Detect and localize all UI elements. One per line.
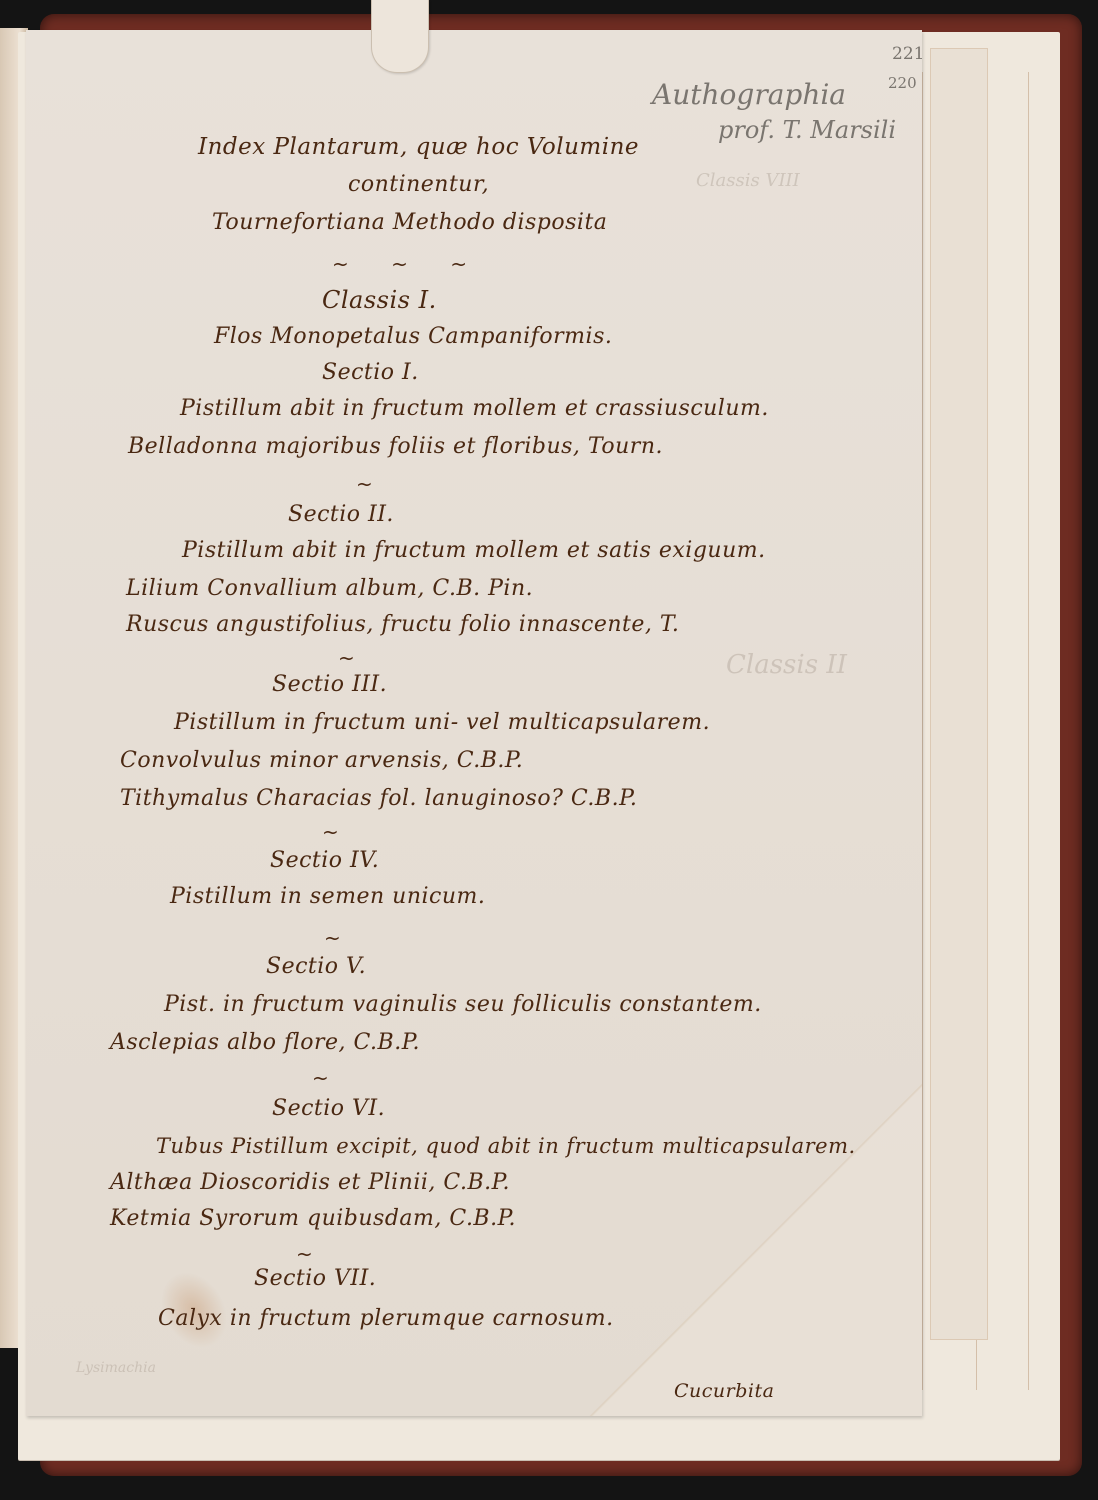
catchword: Cucurbita bbox=[674, 1380, 774, 1402]
section-divider: ~ bbox=[312, 1066, 329, 1090]
section-description: Pistillum in semen unicum. bbox=[170, 884, 485, 909]
plant-entry: Ketmia Syrorum quibusdam, C.B.P. bbox=[110, 1206, 516, 1231]
section-divider: ~ bbox=[322, 820, 339, 844]
mounted-sheet-edge bbox=[930, 48, 988, 1340]
section-divider: ~ bbox=[296, 1242, 313, 1266]
section-description: Pistillum in fructum uni- vel multicapsu… bbox=[174, 710, 710, 735]
classis-title: Classis I. bbox=[322, 286, 437, 314]
plant-entry: Ruscus angustifolius, fructu folio innas… bbox=[126, 612, 679, 637]
section-divider: ~ bbox=[324, 926, 341, 950]
manuscript-leaf: Classis VIII Classis II Lysimachia 221 2… bbox=[26, 30, 922, 1416]
heading-line-3: Tournefortiana Methodo disposita bbox=[212, 210, 607, 235]
attribution-line-2: prof. T. Marsili bbox=[718, 116, 896, 144]
ornament-divider: ~ ~ ~ bbox=[332, 252, 485, 276]
heading-line-2: continentur, bbox=[348, 172, 489, 197]
section-description: Pistillum abit in fructum mollem et sati… bbox=[182, 538, 766, 563]
section-description: Pistillum abit in fructum mollem et cras… bbox=[180, 396, 769, 421]
section-divider: ~ bbox=[356, 472, 373, 496]
section-divider: ~ bbox=[338, 646, 355, 670]
bookmark-tab[interactable] bbox=[371, 0, 429, 73]
section-description: Tubus Pistillum excipit, quod abit in fr… bbox=[156, 1134, 856, 1158]
plant-entry: Althæa Dioscoridis et Plinii, C.B.P. bbox=[110, 1170, 510, 1195]
bleed-through-text: Lysimachia bbox=[76, 1360, 156, 1376]
plant-entry: Tithymalus Characias fol. lanuginoso? C.… bbox=[120, 786, 637, 811]
page-edge-line bbox=[922, 72, 923, 1390]
section-description: Pist. in fructum vaginulis seu folliculi… bbox=[164, 992, 762, 1017]
plant-entry: Belladonna majoribus foliis et floribus,… bbox=[128, 434, 663, 459]
bleed-through-text: Classis II bbox=[726, 650, 847, 680]
section-title: Sectio III. bbox=[272, 672, 387, 697]
section-title: Sectio II. bbox=[288, 502, 394, 527]
section-title: Sectio VI. bbox=[272, 1096, 385, 1121]
folio-number-lower: 220 bbox=[888, 74, 917, 92]
section-title: Sectio I. bbox=[322, 360, 419, 385]
plant-entry: Convolvulus minor arvensis, C.B.P. bbox=[120, 748, 523, 773]
section-description: Calyx in fructum plerumque carnosum. bbox=[158, 1306, 614, 1331]
attribution-line-1: Authographia bbox=[652, 78, 846, 111]
section-title: Sectio V. bbox=[266, 954, 366, 979]
folio-number-upper: 221 bbox=[892, 44, 922, 64]
plant-entry: Asclepias albo flore, C.B.P. bbox=[110, 1030, 420, 1055]
heading-line-1: Index Plantarum, quæ hoc Volumine bbox=[198, 134, 639, 160]
section-title: Sectio VII. bbox=[254, 1266, 376, 1291]
plant-entry: Lilium Convallium album, C.B. Pin. bbox=[126, 576, 533, 601]
bleed-through-text: Classis VIII bbox=[696, 170, 800, 191]
classis-description: Flos Monopetalus Campaniformis. bbox=[214, 324, 612, 349]
folded-corner bbox=[582, 1066, 922, 1416]
section-title: Sectio IV. bbox=[270, 848, 379, 873]
page-edge-line bbox=[1028, 72, 1029, 1390]
